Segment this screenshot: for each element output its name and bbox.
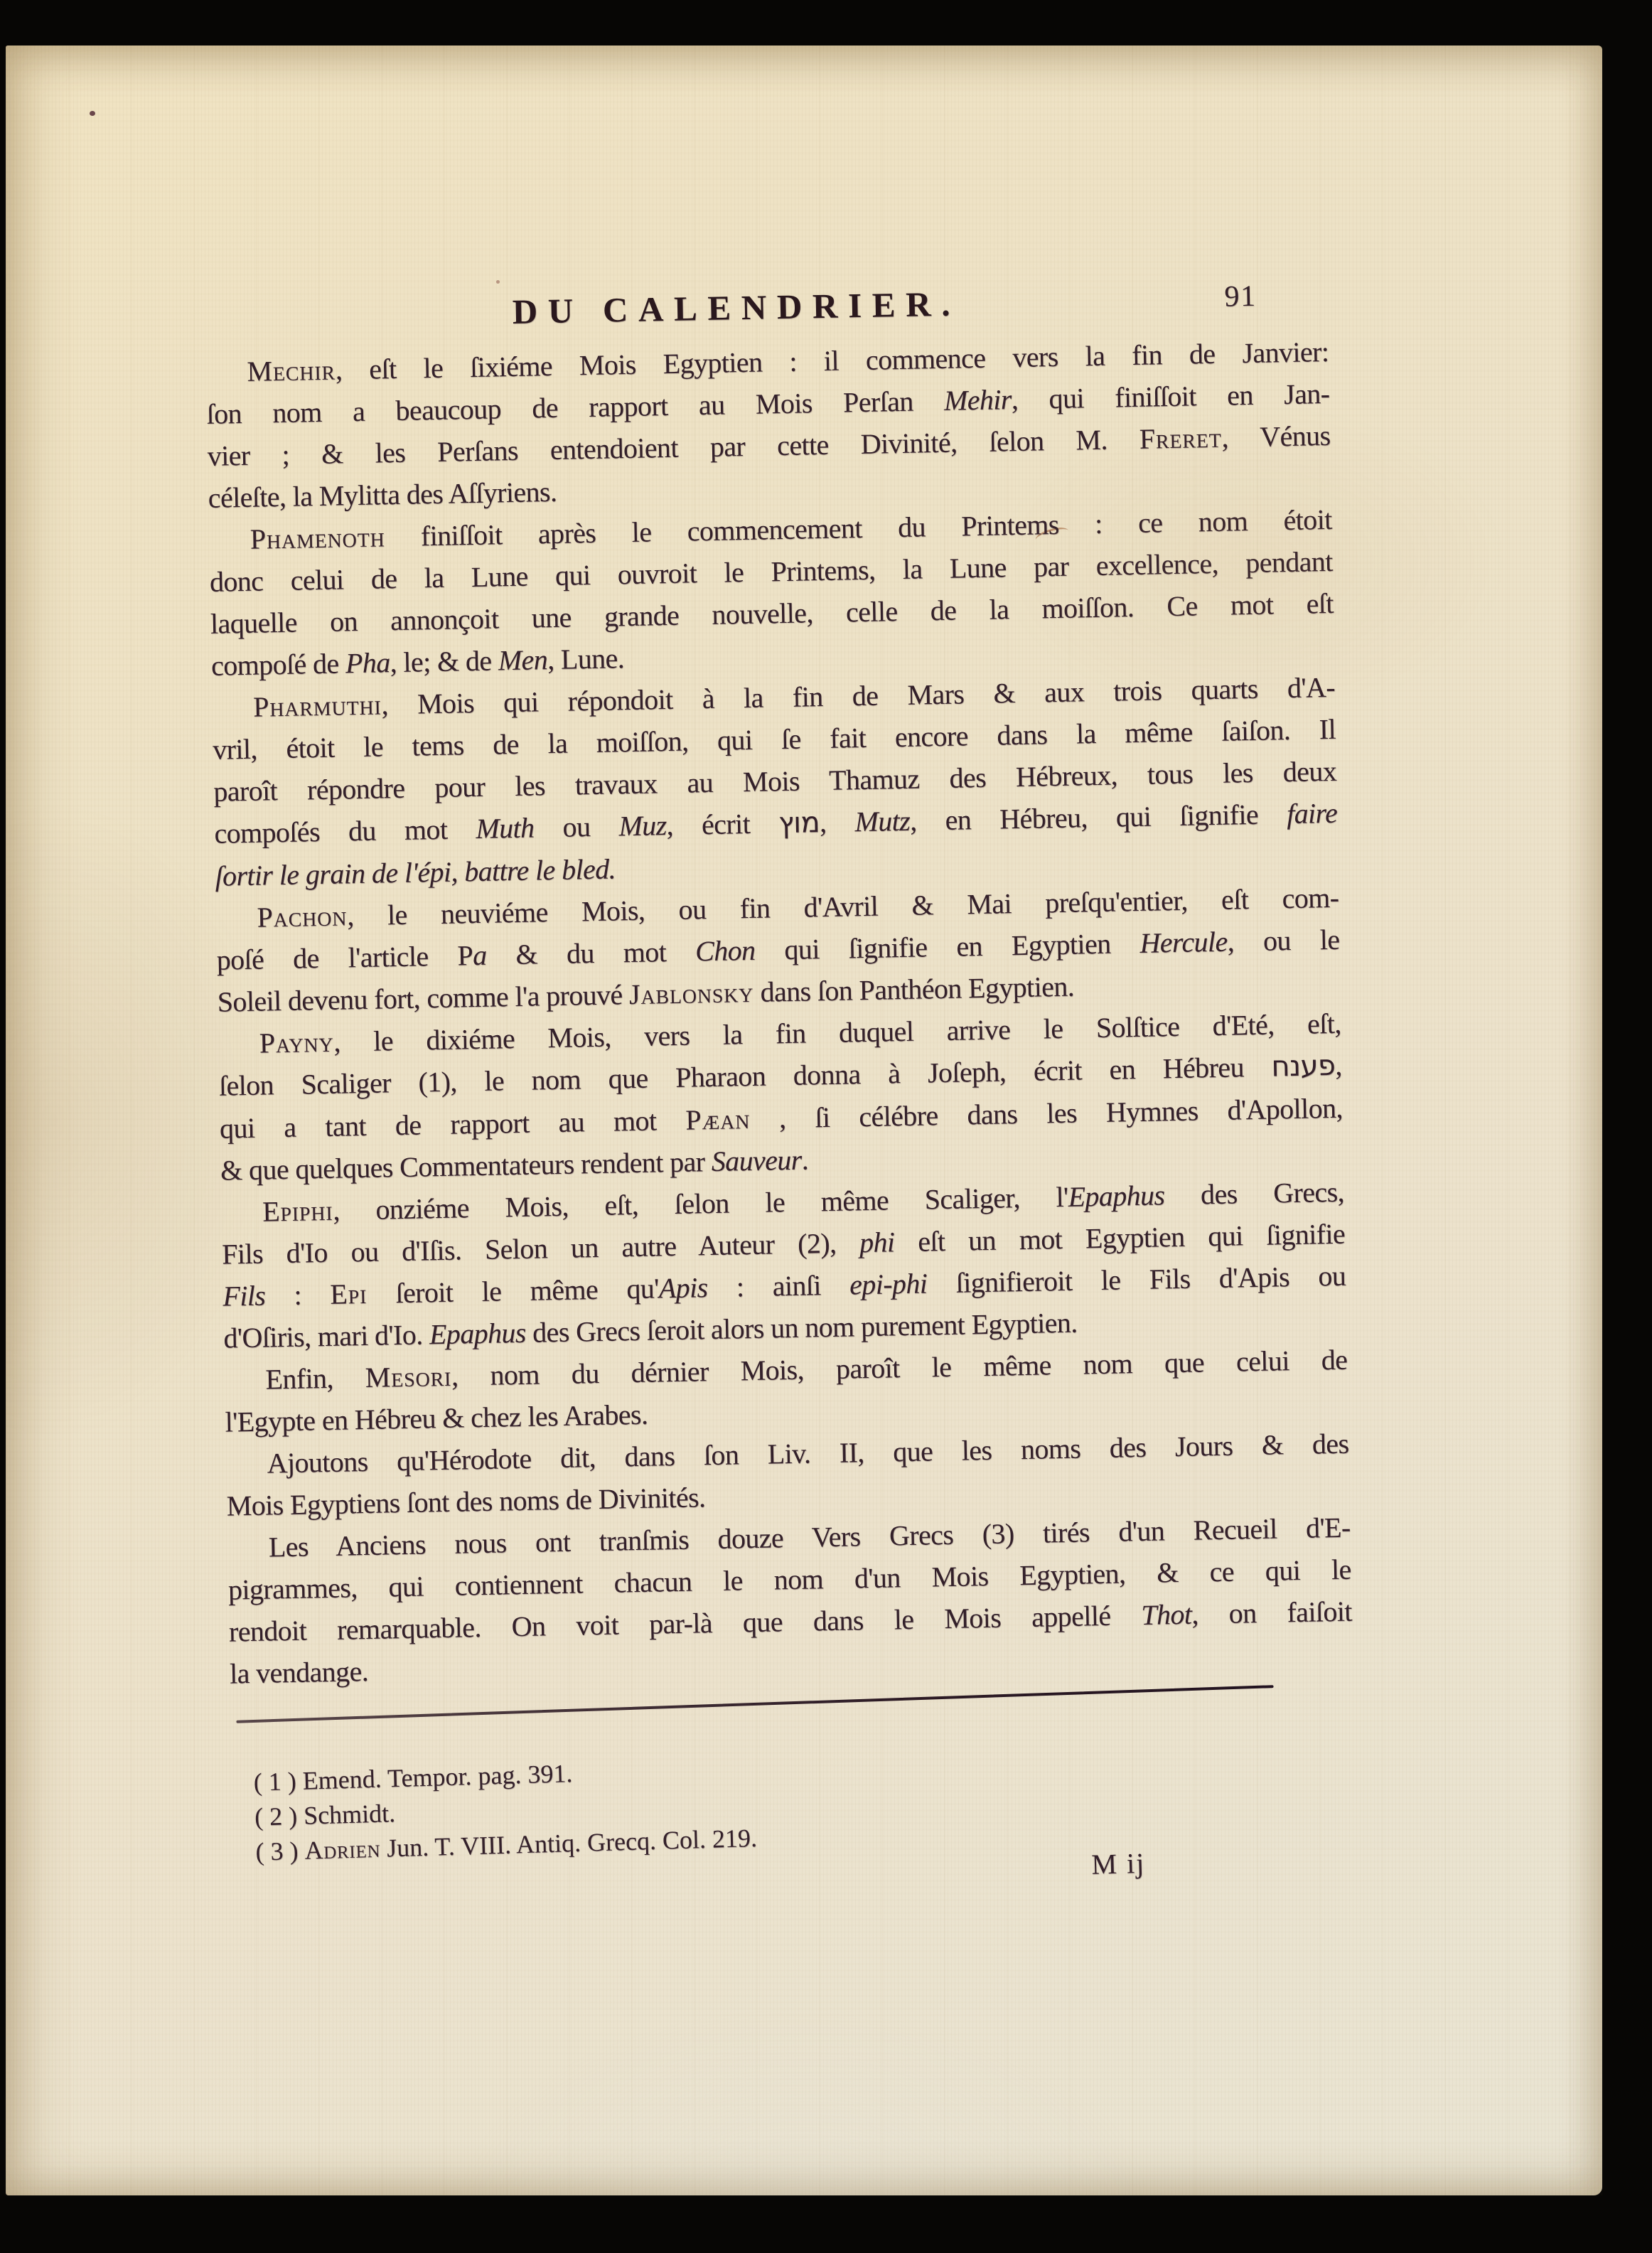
- text-segment: qui ſignifie en Egyptien: [755, 927, 1140, 966]
- text-segment: Mechir: [247, 354, 336, 387]
- text-segment: compoſés du mot: [214, 813, 476, 850]
- text-segment: céleſte, la Mylitta des Aſſyriens.: [208, 476, 557, 514]
- text-segment: :: [265, 1278, 331, 1312]
- footnote-block: ( 1 ) Emend. Tempor. pag. 391.( 2 ) Schm…: [230, 1686, 1358, 1905]
- text-segment: ou: [534, 810, 619, 843]
- text-segment: Pæan: [685, 1103, 751, 1136]
- text-segment: , ſi célébre dans les Hymnes d'Apollon,: [750, 1092, 1343, 1135]
- text-segment: Fils: [222, 1280, 266, 1312]
- text-segment: ,: [1335, 1049, 1342, 1081]
- paragraph: Pachon, le neuviéme Mois, ou fin d'Avril…: [215, 877, 1341, 1023]
- text-segment: , qui finiſſoit en Jan-: [1011, 378, 1329, 415]
- text-segment: Enfin,: [265, 1361, 365, 1396]
- paragraph: Les Anciens nous ont tranſmis douze Vers…: [227, 1507, 1353, 1695]
- text-segment: Muth: [476, 812, 535, 845]
- text-segment: d'Oſiris, mari d'Io.: [223, 1318, 429, 1354]
- text-segment: Muz: [618, 809, 667, 842]
- text-segment: qui a tant de rapport au mot: [220, 1104, 686, 1145]
- text-segment: compoſé de: [211, 647, 346, 681]
- signature-mark: M ij: [1091, 1840, 1358, 1880]
- text-segment: ſignifieroit le Fils d'Apis ou: [927, 1260, 1346, 1300]
- text-segment: Fils d'Io ou d'Iſis. Selon un autre Aute…: [222, 1226, 860, 1270]
- text-segment: Adrien: [304, 1834, 381, 1865]
- text-segment: Hercule: [1139, 926, 1228, 959]
- text-segment: Payny: [259, 1026, 333, 1059]
- text-segment: , le; & de: [390, 644, 498, 678]
- text-segment: , Vénus: [1221, 419, 1331, 454]
- page-scan: DU CALENDRIER. 91 Mechir, eſt le ſixiéme…: [6, 46, 1602, 2195]
- ink-speck: [496, 280, 500, 284]
- text-segment: Freret: [1139, 422, 1222, 455]
- text-segment: Epiphi: [262, 1194, 333, 1228]
- text-segment: l'Egypte en Hébreu & chez les Arabes.: [225, 1398, 648, 1438]
- text-segment: Pha: [345, 646, 390, 679]
- text-segment: , on faiſoit: [1191, 1595, 1352, 1630]
- text-segment: ſortir le grain de l'épi, battre le bled…: [215, 852, 616, 892]
- text-segment: Phamenoth: [250, 520, 385, 555]
- text-segment: epi-phi: [849, 1268, 928, 1301]
- text-segment: Epaphus: [429, 1317, 527, 1350]
- text-segment: , ou le: [1227, 924, 1340, 958]
- hebrew-word: מוץ: [778, 806, 820, 840]
- text-segment: & que quelques Commentateurs rendent par: [220, 1145, 712, 1187]
- text-segment: .: [801, 1144, 808, 1176]
- text-segment: Mesori: [365, 1360, 451, 1393]
- text-segment: ( 1 ) Emend. Tempor. pag. 391.: [253, 1759, 573, 1797]
- text-segment: Mutz: [854, 805, 910, 837]
- running-header-title: DU CALENDRIER.: [175, 277, 1299, 338]
- text-segment: la vendange.: [230, 1655, 369, 1690]
- paragraph: Mechir, eſt le ſixiéme Mois Egyptien : i…: [205, 331, 1331, 519]
- paragraph: Epiphi, onziéme Mois, eſt, ſelon le même…: [221, 1171, 1347, 1359]
- text-segment: des Grecs ſeroit alors un nom purement E…: [525, 1307, 1078, 1349]
- text-segment: , Lune.: [547, 642, 625, 675]
- text-segment: Mois Egyptiens ſont des noms de Divinité…: [226, 1481, 705, 1521]
- text-segment: & du mot: [486, 935, 695, 970]
- text-segment: ( 2 ) Schmidt.: [254, 1799, 396, 1831]
- text-segment: : ainſi: [707, 1269, 849, 1304]
- text-segment: eſt un mot Egyptien qui ſignifie: [894, 1218, 1345, 1258]
- text-segment: Chon: [695, 934, 756, 968]
- text-segment: Epaphus: [1068, 1179, 1165, 1212]
- text-segment: Epi: [330, 1278, 368, 1310]
- text-segment: faire: [1287, 797, 1338, 830]
- text-segment: Apis: [658, 1271, 708, 1304]
- page-number: 91: [1224, 279, 1257, 314]
- body-paragraphs: Mechir, eſt le ſixiéme Mois Egyptien : i…: [205, 331, 1353, 1695]
- text-segment: Soleil devenu fort, comme l'a prouvé: [217, 978, 629, 1018]
- text-segment: Thot: [1141, 1598, 1192, 1631]
- text-segment: , écrit: [666, 807, 778, 841]
- hebrew-word: פענח: [1271, 1049, 1336, 1083]
- paragraph: Phamenoth finiſſoit après le commencemen…: [208, 498, 1334, 687]
- text-segment: ſeroit le même qu': [367, 1272, 659, 1310]
- text-segment: Pharmuthi: [253, 688, 382, 722]
- paragraph: Pharmuthi, Mois qui répondoit à la fin d…: [212, 666, 1339, 897]
- text-segment: , en Hébreu, qui ſignifie: [910, 798, 1287, 837]
- ink-speck: [90, 111, 95, 116]
- text-segment: Jun. T. VIII. Antiq. Grecq. Col. 219.: [380, 1824, 758, 1863]
- photo-background: { "colors": { "ink": "#33202a", "paper":…: [0, 0, 1652, 2253]
- text-segment: dans ſon Panthéon Egyptien.: [753, 970, 1075, 1008]
- text-segment: Jablonsky: [629, 976, 754, 1010]
- text-segment: Pachon: [257, 899, 347, 933]
- text-segment: des Grecs,: [1164, 1176, 1344, 1211]
- text-segment: ,: [820, 806, 855, 838]
- paragraph: Payny, le dixiéme Mois, vers la fin duqu…: [218, 1002, 1343, 1192]
- text-segment: a: [473, 939, 487, 971]
- printed-text-block: DU CALENDRIER. 91 Mechir, eſt le ſixiéme…: [205, 277, 1357, 1905]
- text-segment: Mehir: [944, 383, 1012, 417]
- text-segment: poſé de l'article P: [216, 939, 473, 976]
- text-segment: Sauveur: [711, 1144, 802, 1177]
- text-segment: phi: [859, 1226, 895, 1258]
- text-segment: ( 3 ): [255, 1836, 305, 1866]
- text-segment: Men: [498, 643, 547, 676]
